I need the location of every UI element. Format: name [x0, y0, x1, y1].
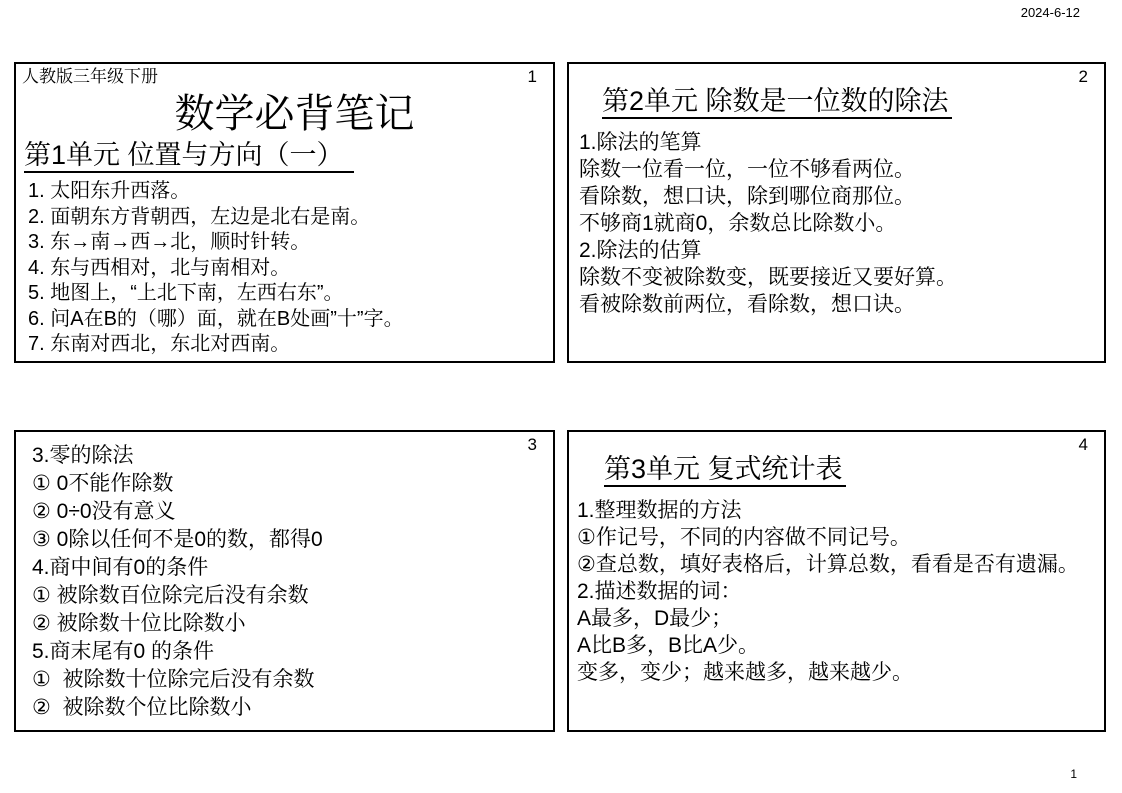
- slide-3: 3 3.零的除法 ① 0不能作除数 ② 0÷0没有意义 ③ 0除以任何不是0的数…: [14, 430, 555, 732]
- slide-4-number: 4: [1079, 435, 1088, 454]
- notes-title: 数学必背笔记: [16, 92, 553, 136]
- slide-2-number: 2: [1079, 67, 1088, 86]
- slide-3-body: 3.零的除法 ① 0不能作除数 ② 0÷0没有意义 ③ 0除以任何不是0的数，都…: [32, 442, 553, 722]
- handout-page: 2024-6-12 1 人教版三年级下册 数学必背笔记 第1单元 位置与方向（一…: [0, 0, 1122, 793]
- note-line: 2.描述数据的词：: [577, 578, 1104, 605]
- slide-1: 1 人教版三年级下册 数学必背笔记 第1单元 位置与方向（一） 1. 太阳东升西…: [14, 62, 555, 363]
- note-line: 5. 地图上，“上北下南，左西右东”。: [28, 281, 553, 307]
- slide-2-body: 1.除法的笔算 除数一位看一位，一位不够看两位。 看除数，想口诀，除到哪位商那位…: [579, 129, 1104, 318]
- note-line: ①作记号，不同的内容做不同记号。: [577, 524, 1104, 551]
- note-line: A最多，D最少；: [577, 605, 1104, 632]
- note-line: ② 0÷0没有意义: [32, 498, 553, 526]
- note-line: 6. 问A在B的（哪）面，就在B处画”十”字。: [28, 307, 553, 333]
- slide-1-number: 1: [528, 67, 537, 86]
- slide-4-body: 1.整理数据的方法 ①作记号，不同的内容做不同记号。 ②查总数，填好表格后，计算…: [577, 497, 1104, 686]
- note-line: 5.商末尾有0 的条件: [32, 638, 553, 666]
- unit-1-heading-text: 第1单元 位置与方向（一）: [24, 140, 354, 173]
- note-line: 4.商中间有0的条件: [32, 554, 553, 582]
- note-line: 变多，变少；越来越多，越来越少。: [577, 659, 1104, 686]
- note-line: 2. 面朝东方背朝西，左边是北右是南。: [28, 205, 553, 231]
- note-line: 除数不变被除数变，既要接近又要好算。: [579, 264, 1104, 291]
- page-number: 1: [1070, 768, 1077, 781]
- note-line: 3. 东→南→西→北，顺时针转。: [28, 230, 553, 256]
- slide-2: 2 第2单元 除数是一位数的除法 1.除法的笔算 除数一位看一位，一位不够看两位…: [567, 62, 1106, 363]
- note-line: 2.除法的估算: [579, 237, 1104, 264]
- unit-2-heading-text: 第2单元 除数是一位数的除法: [602, 86, 952, 119]
- slide-4: 4 第3单元 复式统计表 1.整理数据的方法 ①作记号，不同的内容做不同记号。 …: [567, 430, 1106, 732]
- edition-label: 人教版三年级下册: [16, 64, 553, 86]
- note-line: 1.除法的笔算: [579, 129, 1104, 156]
- unit-3-heading-text: 第3单元 复式统计表: [604, 454, 846, 487]
- slide-3-number: 3: [528, 435, 537, 454]
- note-line: ① 被除数十位除完后没有余数: [32, 666, 553, 694]
- slide-1-body: 1. 太阳东升西落。 2. 面朝东方背朝西，左边是北右是南。 3. 东→南→西→…: [28, 179, 553, 358]
- date-stamp: 2024-6-12: [1021, 6, 1080, 20]
- note-line: 看除数，想口诀，除到哪位商那位。: [579, 183, 1104, 210]
- note-line: 除数一位看一位，一位不够看两位。: [579, 156, 1104, 183]
- note-line: 1. 太阳东升西落。: [28, 179, 553, 205]
- unit-2-heading: 第2单元 除数是一位数的除法: [602, 86, 1104, 117]
- note-line: ② 被除数十位比除数小: [32, 610, 553, 638]
- unit-3-heading: 第3单元 复式统计表: [604, 454, 1104, 485]
- note-line: 4. 东与西相对，北与南相对。: [28, 256, 553, 282]
- note-line: ②查总数，填好表格后，计算总数，看看是否有遗漏。: [577, 551, 1104, 578]
- note-line: ② 被除数个位比除数小: [32, 694, 553, 722]
- unit-1-heading: 第1单元 位置与方向（一）: [24, 140, 553, 171]
- note-line: 3.零的除法: [32, 442, 553, 470]
- note-line: 7. 东南对西北，东北对西南。: [28, 332, 553, 358]
- note-line: 看被除数前两位，看除数，想口诀。: [579, 291, 1104, 318]
- note-line: A比B多，B比A少。: [577, 632, 1104, 659]
- note-line: ③ 0除以任何不是0的数，都得0: [32, 526, 553, 554]
- note-line: ① 0不能作除数: [32, 470, 553, 498]
- note-line: ① 被除数百位除完后没有余数: [32, 582, 553, 610]
- note-line: 1.整理数据的方法: [577, 497, 1104, 524]
- note-line: 不够商1就商0，余数总比除数小。: [579, 210, 1104, 237]
